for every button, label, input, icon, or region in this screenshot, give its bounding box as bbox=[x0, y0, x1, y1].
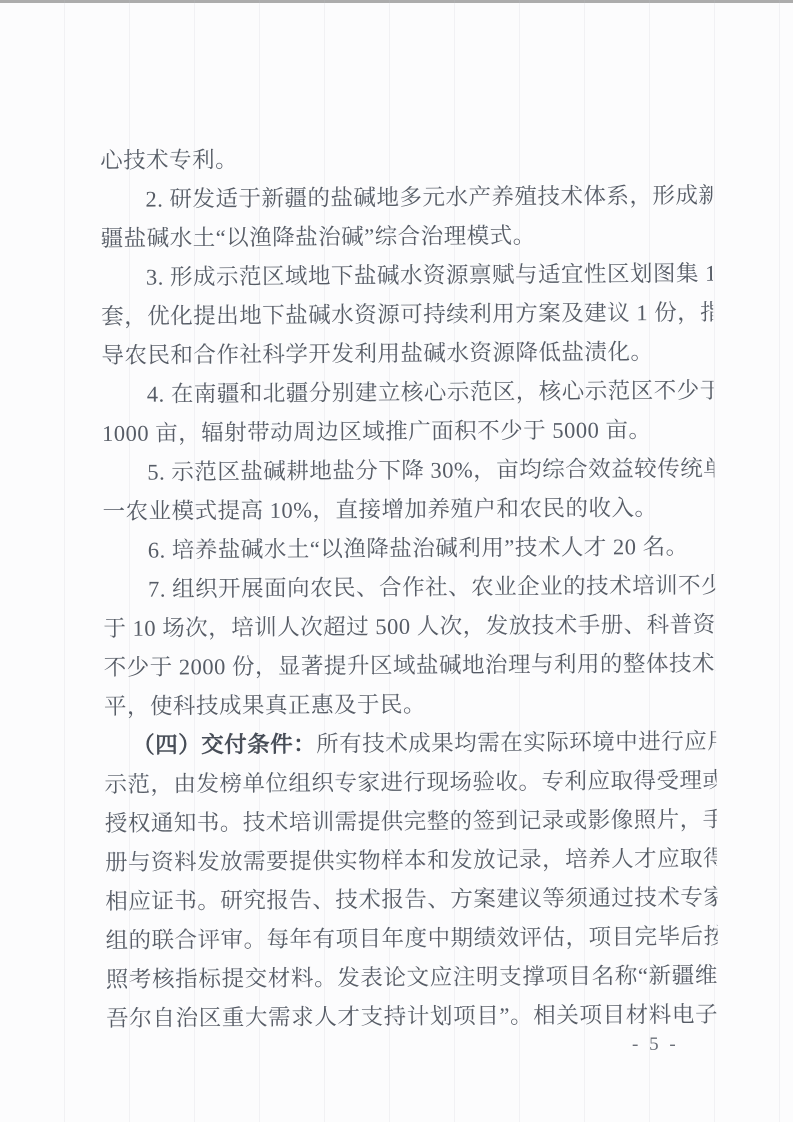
text-line: 不少于 2000 份，显著提升区域盐碱地治理与利用的整体技术水 bbox=[104, 644, 716, 687]
scan-edge bbox=[0, 0, 793, 3]
text-line: 一农业模式提高 10%，直接增加养殖户和农民的收入。 bbox=[102, 488, 714, 531]
text-line: 4. 在南疆和北疆分别建立核心示范区，核心示范区不少于 bbox=[102, 371, 714, 414]
text-line: 1000 亩，辐射带动周边区域推广面积不少于 5000 亩。 bbox=[102, 410, 714, 453]
document-page: 心技术专利。2. 研发适于新疆的盐碱地多元水产养殖技术体系，形成新疆盐碱水土“以… bbox=[0, 0, 793, 1122]
text-line: 组的联合评审。每年有项目年度中期绩效评估，项目完毕后按 bbox=[105, 917, 717, 960]
text-run: 所有技术成果均需在实际环境中进行应用 bbox=[316, 729, 716, 757]
text-line: 册与资料发放需要提供实物样本和发放记录，培养人才应取得 bbox=[105, 839, 717, 882]
document-body-text: 心技术专利。2. 研发适于新疆的盐碱地多元水产养殖技术体系，形成新疆盐碱水土“以… bbox=[100, 137, 718, 1038]
text-line: 疆盐碱水土“以渔降盐治碱”综合治理模式。 bbox=[101, 215, 713, 258]
text-line: 吾尔自治区重大需求人才支持计划项目”。相关项目材料电子 bbox=[106, 995, 718, 1038]
text-line: 7. 组织开展面向农民、合作社、农业企业的技术培训不少 bbox=[103, 566, 715, 609]
text-line: 6. 培养盐碱水土“以渔降盐治碱利用”技术人才 20 名。 bbox=[103, 527, 715, 570]
section-heading: （四）交付条件： bbox=[132, 732, 316, 758]
text-line: （四）交付条件：所有技术成果均需在实际环境中进行应用 bbox=[104, 722, 716, 765]
text-line: 于 10 场次，培训人次超过 500 人次，发放技术手册、科普资料 bbox=[103, 605, 715, 648]
text-line: 心技术专利。 bbox=[100, 137, 712, 180]
text-line: 2. 研发适于新疆的盐碱地多元水产养殖技术体系，形成新 bbox=[100, 176, 712, 219]
text-line: 3. 形成示范区域地下盐碱水资源禀赋与适宜性区划图集 1 bbox=[101, 254, 713, 297]
text-line: 照考核指标提交材料。发表论文应注明支撑项目名称“新疆维 bbox=[106, 956, 718, 999]
text-line: 5. 示范区盐碱耕地盐分下降 30%，亩均综合效益较传统单 bbox=[102, 449, 714, 492]
text-line: 示范，由发榜单位组织专家进行现场验收。专利应取得受理或 bbox=[104, 761, 716, 804]
text-line: 套，优化提出地下盐碱水资源可持续利用方案及建议 1 份，指 bbox=[101, 293, 713, 336]
text-line: 平，使科技成果真正惠及于民。 bbox=[104, 683, 716, 726]
text-line: 相应证书。研究报告、技术报告、方案建议等须通过技术专家 bbox=[105, 878, 717, 921]
page-number: - 5 - bbox=[632, 1034, 679, 1056]
text-line: 授权通知书。技术培训需提供完整的签到记录或影像照片，手 bbox=[105, 800, 717, 843]
text-line: 导农民和合作社科学开发利用盐碱水资源降低盐渍化。 bbox=[101, 332, 713, 375]
